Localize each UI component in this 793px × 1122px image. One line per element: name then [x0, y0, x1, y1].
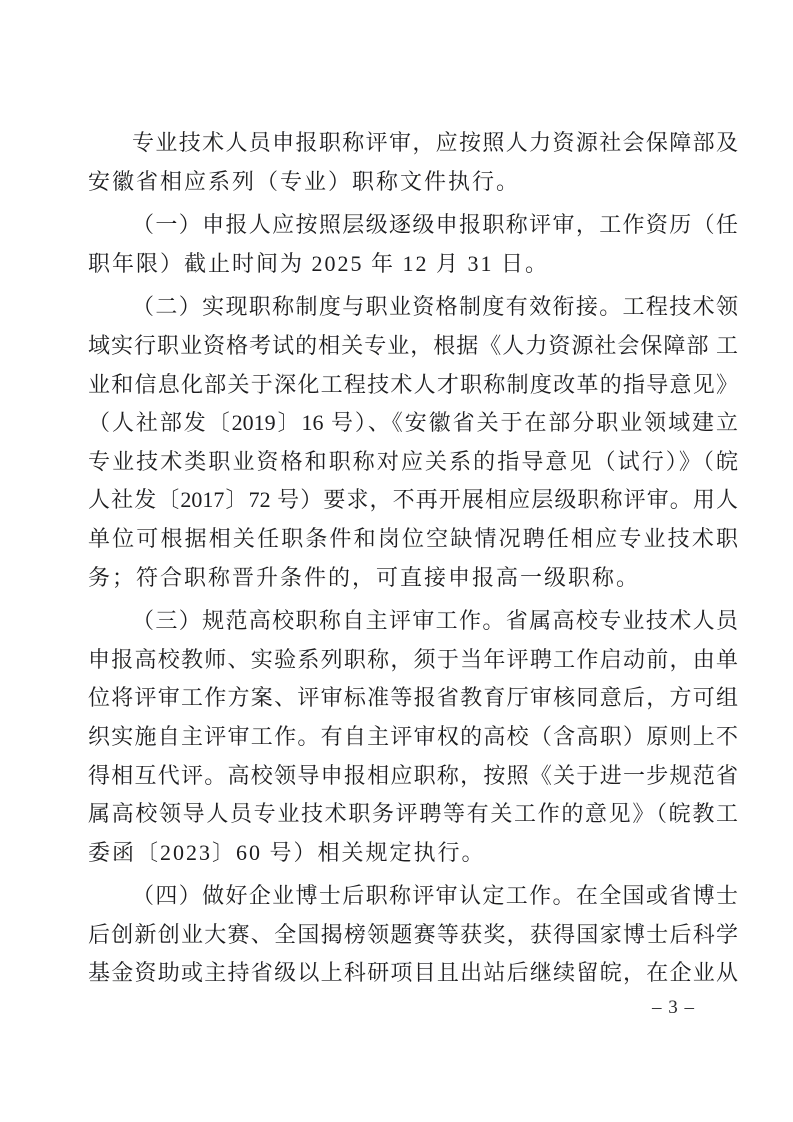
- text-line: 专业技术人员申报职称评审，应按照人力资源社会保障部及: [88, 124, 738, 163]
- text-line: 务；符合职称晋升条件的，可直接申报高一级职称。: [88, 559, 738, 598]
- text-line: 人社发〔2017〕72 号）要求，不再开展相应层级职称评审。用人: [88, 481, 738, 520]
- text-line: 织实施自主评审工作。有自主评审权的高校（含高职）原则上不: [88, 718, 738, 757]
- text-line: 得相互代评。高校领导申报相应职称，按照《关于进一步规范省: [88, 757, 738, 796]
- text-line: 职年限）截止时间为 2025 年 12 月 31 日。: [88, 245, 738, 284]
- document-body: 专业技术人员申报职称评审，应按照人力资源社会保障部及 安徽省相应系列（专业）职称…: [88, 124, 738, 993]
- text-line: （人社部发〔2019〕16 号）、《安徽省关于在部分职业领域建立: [88, 404, 738, 443]
- paragraph-item-3: （三）规范高校职称自主评审工作。省属高校专业技术人员 申报高校教师、实验系列职称…: [88, 602, 738, 872]
- paragraph-item-1: （一）申报人应按照层级逐级申报职称评审，工作资历（任 职年限）截止时间为 202…: [88, 206, 738, 283]
- text-line: 单位可根据相关任职条件和岗位空缺情况聘任相应专业技术职: [88, 520, 738, 559]
- page-number: – 3 –: [652, 997, 695, 1019]
- text-line: 位将评审工作方案、评审标准等报省教育厅审核同意后，方可组: [88, 679, 738, 718]
- document-page: 专业技术人员申报职称评审，应按照人力资源社会保障部及 安徽省相应系列（专业）职称…: [0, 0, 793, 1122]
- text-line: （三）规范高校职称自主评审工作。省属高校专业技术人员: [88, 602, 738, 641]
- text-line: 基金资助或主持省级以上科研项目且出站后继续留皖，在企业从: [88, 954, 738, 993]
- text-line: 业和信息化部关于深化工程技术人才职称制度改革的指导意见》: [88, 366, 738, 405]
- paragraph-item-2: （二）实现职称制度与职业资格制度有效衔接。工程技术领 域实行职业资格考试的相关专…: [88, 288, 738, 597]
- text-line: （四）做好企业博士后职称评审认定工作。在全国或省博士: [88, 877, 738, 916]
- text-line: 申报高校教师、实验系列职称，须于当年评聘工作启动前，由单: [88, 641, 738, 680]
- paragraph-intro: 专业技术人员申报职称评审，应按照人力资源社会保障部及 安徽省相应系列（专业）职称…: [88, 124, 738, 201]
- paragraph-item-4: （四）做好企业博士后职称评审认定工作。在全国或省博士 后创新创业大赛、全国揭榜领…: [88, 877, 738, 993]
- text-line: 安徽省相应系列（专业）职称文件执行。: [88, 163, 738, 202]
- text-line: 后创新创业大赛、全国揭榜领题赛等获奖，获得国家博士后科学: [88, 916, 738, 955]
- text-line: （二）实现职称制度与职业资格制度有效衔接。工程技术领: [88, 288, 738, 327]
- text-line: 委函〔2023〕60 号）相关规定执行。: [88, 834, 738, 873]
- text-line: 专业技术类职业资格和职称对应关系的指导意见（试行）》（皖: [88, 443, 738, 482]
- text-line: 属高校领导人员专业技术职务评聘等有关工作的意见》（皖教工: [88, 795, 738, 834]
- text-line: （一）申报人应按照层级逐级申报职称评审，工作资历（任: [88, 206, 738, 245]
- text-line: 域实行职业资格考试的相关专业，根据《人力资源社会保障部 工: [88, 327, 738, 366]
